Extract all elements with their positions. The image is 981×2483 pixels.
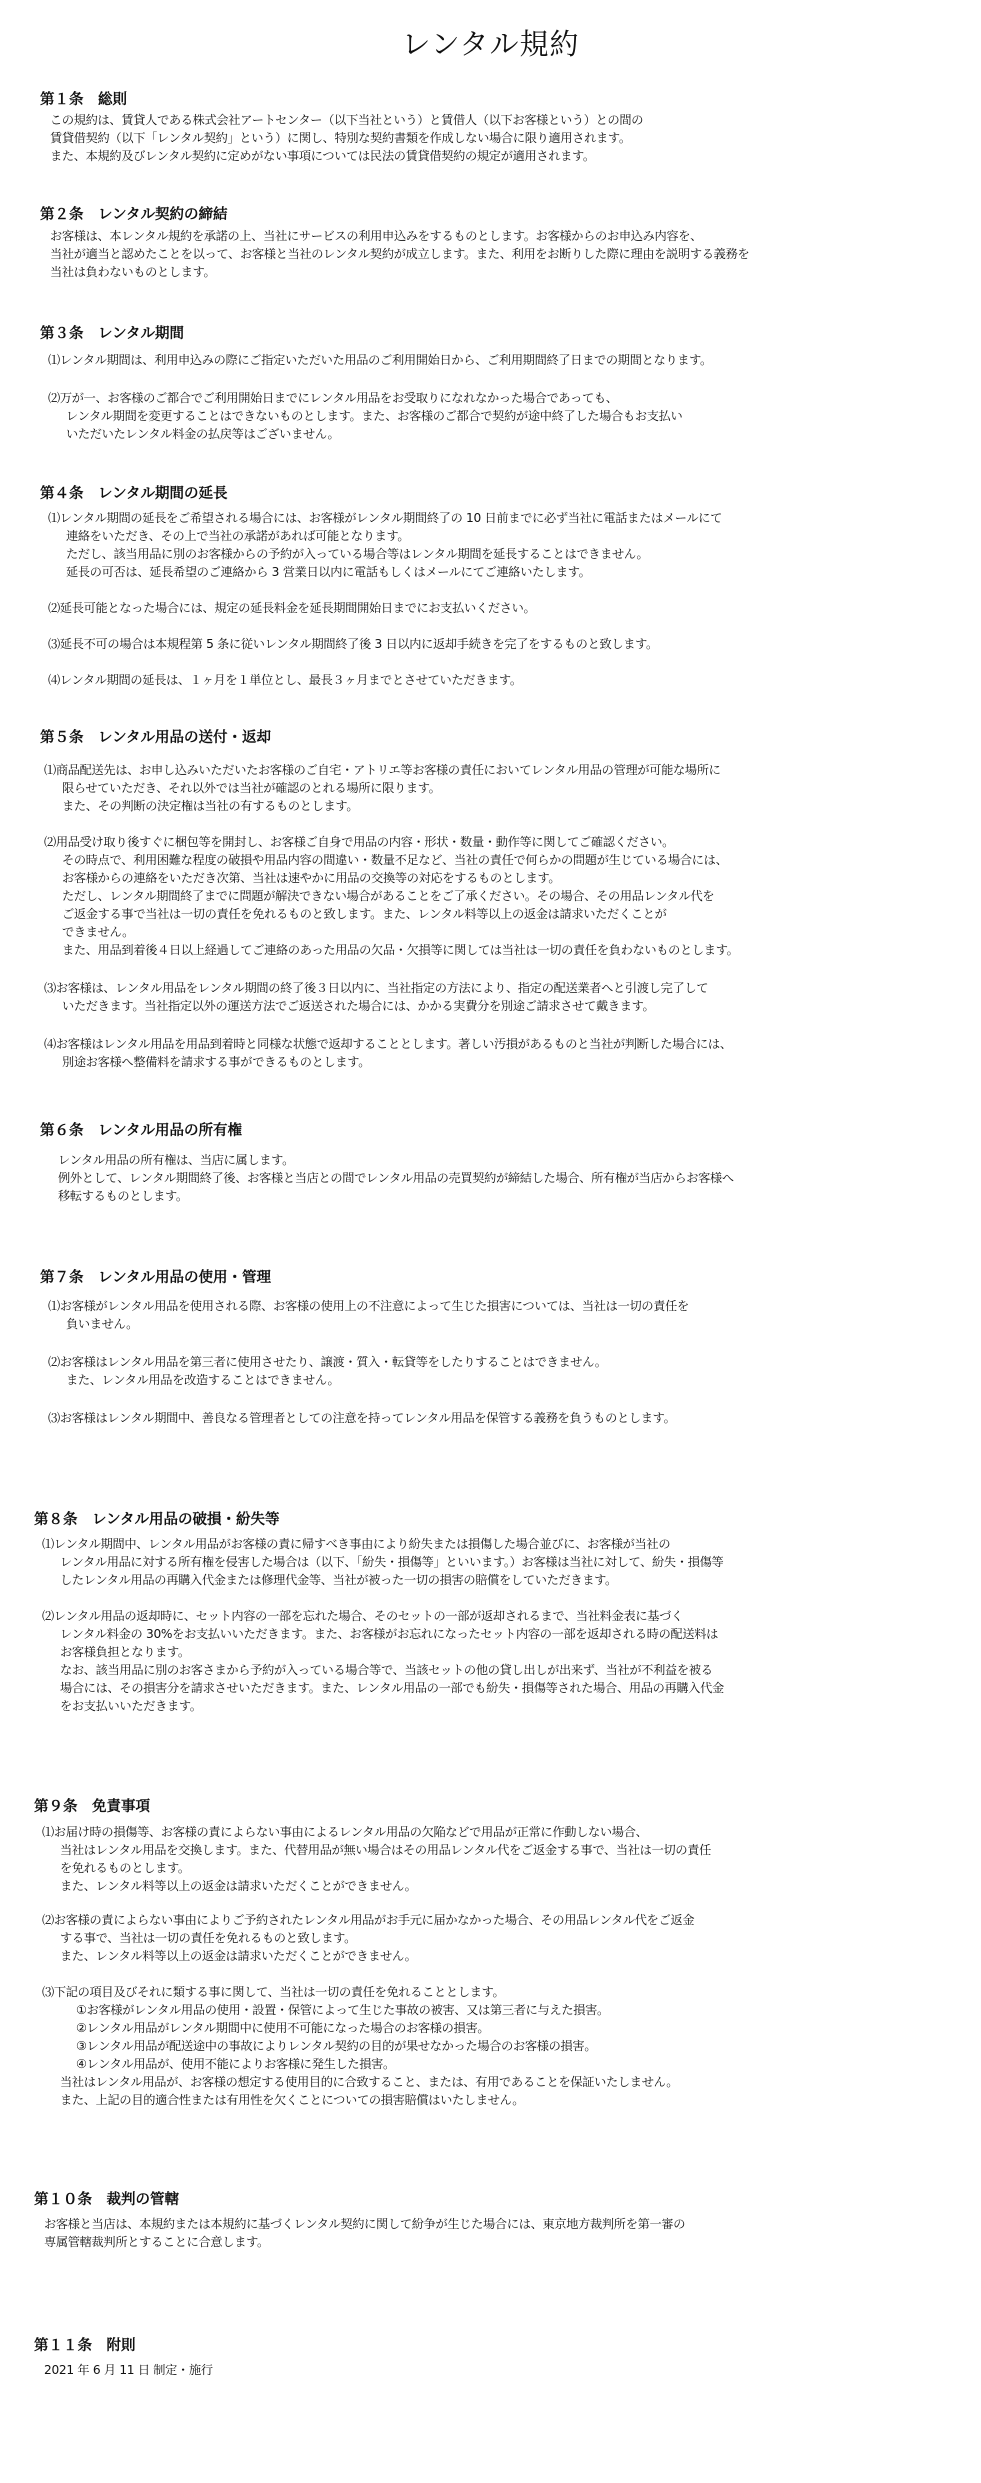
article-1-heading: 第１条 総則 — [40, 88, 127, 109]
article-5-line: ただし、レンタル期間終了までに問題が解決できない場合があることをご了承ください。… — [62, 888, 714, 904]
article-8-line: お客様負担となります。 — [60, 1644, 190, 1660]
article-3-line: ⑵万が一、お客様のご都合でご利用開始日までにレンタル用品をお受取りになれなかった… — [48, 390, 618, 406]
article-5-line: 別途お客様へ整備料を請求する事ができるものとします。 — [62, 1054, 370, 1070]
article-9-line: ⑵お客様の責によらない事由によりご予約されたレンタル用品がお手元に届かなかった場… — [42, 1912, 694, 1928]
article-3-line: レンタル期間を変更することはできないものとします。また、お客様のご都合で契約が途… — [66, 408, 682, 424]
article-8-line: したレンタル用品の再購入代金または修理代金等、当社が被った一切の損害の賠償をして… — [60, 1572, 617, 1588]
article-8-line: 場合には、その損害分を請求させいただきます。また、レンタル用品の一部でも紛失・損… — [60, 1680, 724, 1696]
article-10-line: 専属管轄裁判所とすることに合意します。 — [44, 2234, 269, 2250]
article-9-line: ⑴お届け時の損傷等、お客様の責によらない事由によるレンタル用品の欠陥などで用品が… — [42, 1824, 647, 1840]
article-5-heading: 第５条 レンタル用品の送付・返却 — [40, 726, 271, 747]
article-3-line: ⑴レンタル期間は、利用申込みの際にご指定いただいた用品のご利用開始日から、ご利用… — [48, 352, 712, 368]
article-5-line: その時点で、利用困難な程度の破損や用品内容の間違い・数量不足など、当社の責任で何… — [62, 852, 727, 868]
article-8-line: レンタル料金の 30%をお支払いいただきます。また、お客様がお忘れになったセット… — [60, 1626, 718, 1642]
article-7-line: 負いません。 — [66, 1316, 138, 1332]
article-9-line: を免れるものとします。 — [60, 1860, 190, 1876]
article-7-line: ⑶お客様はレンタル期間中、善良なる管理者としての注意を持ってレンタル用品を保管す… — [48, 1410, 675, 1426]
article-1-line: 賃貸借契約（以下「レンタル契約」という）に関し、特別な契約書類を作成しない場合に… — [50, 130, 631, 146]
article-5-line: ⑶お客様は、レンタル用品をレンタル期間の終了後３日以内に、当社指定の方法により、… — [44, 980, 708, 996]
article-6-line: 移転するものとします。 — [58, 1188, 188, 1204]
article-5-line: また、その判断の決定権は当社の有するものとします。 — [62, 798, 358, 814]
article-2-heading: 第２条 レンタル契約の締結 — [40, 203, 228, 224]
article-7-line: また、レンタル用品を改造することはできません。 — [66, 1372, 339, 1388]
article-4-line: 連絡をいただき、その上で当社の承諾があれば可能となります。 — [66, 528, 409, 544]
article-10-heading: 第１０条 裁判の管轄 — [34, 2188, 179, 2209]
article-3-line: いただいたレンタル料金の払戻等はございません。 — [66, 426, 339, 442]
article-7-heading: 第７条 レンタル用品の使用・管理 — [40, 1266, 271, 1287]
article-5-line: 限らせていただき、それ以外では当社が確認のとれる場所に限ります。 — [62, 780, 441, 796]
article-2-line: 当社が適当と認めたことを以って、お客様と当社のレンタル契約が成立します。また、利… — [50, 246, 749, 262]
article-7-line: ⑴お客様がレンタル用品を使用される際、お客様の使用上の不注意によって生じた損害に… — [48, 1298, 689, 1314]
article-5-line: ⑴商品配送先は、お申し込みいただいたお客様のご自宅・アトリエ等お客様の責任におい… — [44, 762, 721, 778]
article-5-line: できません。 — [62, 924, 134, 940]
article-9-line: ①お客様がレンタル用品の使用・設置・保管によって生じた事故の被害、又は第三者に与… — [76, 2002, 609, 2018]
article-6-line: レンタル用品の所有権は、当店に属します。 — [58, 1152, 294, 1168]
article-8-line: をお支払いいただきます。 — [60, 1698, 202, 1714]
article-9-line: する事で、当社は一切の責任を免れるものと致します。 — [60, 1930, 356, 1946]
article-9-line: また、上記の目的適合性または有用性を欠くことについての損害賠償はいたしません。 — [60, 2092, 524, 2108]
page-title: レンタル規約 — [0, 22, 981, 63]
article-9-line: 当社はレンタル用品が、お客様の想定する使用目的に合致すること、または、有用である… — [60, 2074, 678, 2090]
article-8-line: ⑴レンタル期間中、レンタル用品がお客様の責に帰すべき事由により紛失または損傷した… — [42, 1536, 670, 1552]
article-5-line: ご返金する事で当社は一切の責任を免れるものと致します。また、レンタル料等以上の返… — [62, 906, 667, 922]
article-4-line: ⑵延長可能となった場合には、規定の延長料金を延長期間開始日までにお支払いください… — [48, 600, 535, 616]
article-5-line: また、用品到着後４日以上経過してご連絡のあった用品の欠品・欠損等に関しては当社は… — [62, 942, 739, 958]
article-9-line: ⑶下記の項目及びそれに類する事に関して、当社は一切の責任を免れることとします。 — [42, 1984, 504, 2000]
article-8-heading: 第８条 レンタル用品の破損・紛失等 — [34, 1508, 280, 1529]
article-9-line: ③レンタル用品が配送途中の事故によりレンタル契約の目的が果せなかった場合のお客様… — [76, 2038, 596, 2054]
article-9-line: ④レンタル用品が、使用不能によりお客様に発生した損害。 — [76, 2056, 395, 2072]
article-2-line: お客様は、本レンタル規約を承諾の上、当社にサービスの利用申込みをするものとします… — [50, 228, 702, 244]
article-5-line: ⑷お客様はレンタル用品を用品到着時と同様な状態で返却することとします。著しい汚損… — [44, 1036, 732, 1052]
article-7-line: ⑵お客様はレンタル用品を第三者に使用させたり、譲渡・質入・転貸等をしたりすること… — [48, 1354, 607, 1370]
article-4-line: ただし、該当用品に別のお客様からの予約が入っている場合等はレンタル期間を延長する… — [66, 546, 648, 562]
article-5-line: お客様からの連絡をいただき次第、当社は速やかに用品の交換等の対応をするものとしま… — [62, 870, 560, 886]
article-6-line: 例外として、レンタル期間終了後、お客様と当店との間でレンタル用品の売買契約が締結… — [58, 1170, 734, 1186]
article-6-heading: 第６条 レンタル用品の所有権 — [40, 1119, 242, 1140]
article-8-line: なお、該当用品に別のお客さまから予約が入っている場合等で、当該セットの他の貸し出… — [60, 1662, 713, 1678]
article-9-line: 当社はレンタル用品を交換します。また、代替用品が無い場合はその用品レンタル代をご… — [60, 1842, 711, 1858]
article-8-line: ⑵レンタル用品の返却時に、セット内容の一部を忘れた場合、そのセットの一部が返却さ… — [42, 1608, 683, 1624]
article-11-heading: 第１１条 附則 — [34, 2334, 136, 2355]
article-10-line: お客様と当店は、本規約または本規約に基づくレンタル契約に関して紛争が生じた場合に… — [44, 2216, 685, 2232]
article-9-line: ②レンタル用品がレンタル期間中に使用不可能になった場合のお客様の損害。 — [76, 2020, 489, 2036]
article-4-line: ⑷レンタル期間の延長は、１ヶ月を１単位とし、最長３ヶ月までとさせていただきます。 — [48, 672, 522, 688]
article-4-line: ⑴レンタル期間の延長をご希望される場合には、お客様がレンタル期間終了の 10 日… — [48, 510, 722, 526]
article-9-heading: 第９条 免責事項 — [34, 1795, 150, 1816]
article-4-line: 延長の可否は、延長希望のご連絡から 3 営業日以内に電話もしくはメールにてご連絡… — [66, 564, 591, 580]
article-9-line: また、レンタル料等以上の返金は請求いただくことができません。 — [60, 1948, 417, 1964]
article-1-line: また、本規約及びレンタル契約に定めがない事項については民法の賃貸借契約の規定が適… — [50, 148, 595, 164]
article-5-line: いただきます。当社指定以外の運送方法でご返送された場合には、かかる実費分を別途ご… — [62, 998, 654, 1014]
article-2-line: 当社は負わないものとします。 — [50, 264, 215, 280]
article-9-line: また、レンタル料等以上の返金は請求いただくことができません。 — [60, 1878, 417, 1894]
article-8-line: レンタル用品に対する所有権を侵害した場合は（以下、「紛失・損傷等」といいます。）… — [60, 1554, 723, 1570]
article-4-heading: 第４条 レンタル期間の延長 — [40, 482, 228, 503]
article-3-heading: 第３条 レンタル期間 — [40, 322, 184, 343]
article-11-date: 2021 年 6 月 11 日 制定・施行 — [44, 2362, 213, 2378]
article-5-line: ⑵用品受け取り後すぐに梱包等を開封し、お客様ご自身で用品の内容・形状・数量・動作… — [44, 834, 674, 850]
article-1-line: この規約は、賃貸人である株式会社アートセンター（以下当社という）と賃借人（以下お… — [50, 112, 643, 128]
article-4-line: ⑶延長不可の場合は本規程第 5 条に従いレンタル期間終了後 3 日以内に返却手続… — [48, 636, 658, 652]
